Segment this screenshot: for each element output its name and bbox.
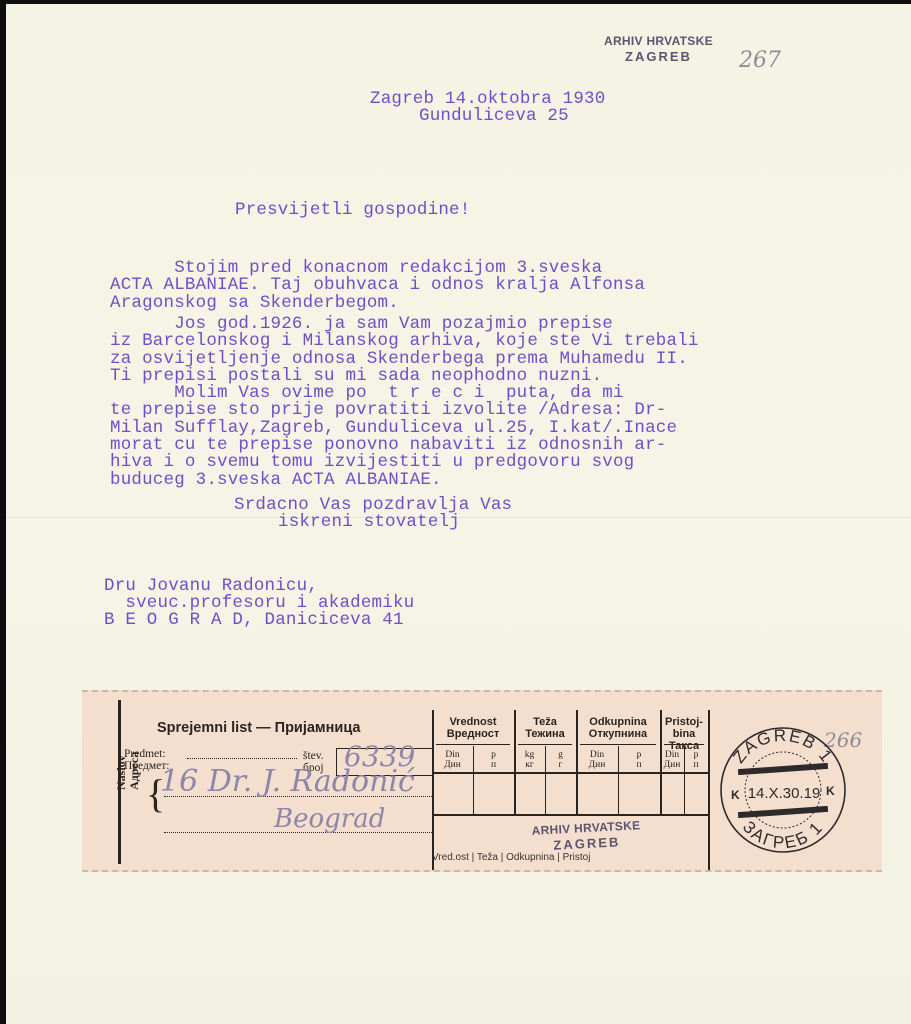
- unit-separator: [473, 746, 474, 814]
- column-header: VrednostВредност: [432, 716, 514, 740]
- letter-body-line: ACTA ALBANIAE. Taj obuhvaca i odnos kral…: [110, 276, 645, 294]
- cut-off-next-row: Vred.ost | Teža | Odkupnina | Pristoj: [432, 852, 732, 866]
- archive-stamp-line2: ZAGREB: [604, 49, 713, 65]
- letter-body-line: buduceg 3.sveska ACTA ALBANIAE.: [110, 471, 442, 489]
- column-subrule: [580, 744, 656, 745]
- archive-stamp-line1: ARHIV HRVATSKE: [604, 33, 713, 49]
- addressee-city: B E O G R A D, Daniciceva 41: [104, 611, 404, 629]
- column-unit: DinДин: [576, 750, 618, 770]
- letter-body-line: za osvijetljenje odnosa Skenderbega prem…: [110, 350, 688, 368]
- postmark-stamp: ZAGREB 1 ЗАГРЕБ 1 14.X.30.19 K K: [718, 725, 848, 855]
- column-subrule: [664, 744, 704, 745]
- column-unit: pп: [618, 750, 660, 770]
- column-unit: kgкг: [514, 750, 545, 770]
- predmet-field: [187, 758, 297, 759]
- letter-body-line: iz Barcelonskog i Milanskog arhiva, koje…: [110, 332, 699, 350]
- letter-body-line: hiva i o svemu tomu izvijestiti u predgo…: [110, 453, 634, 471]
- letter-body-line: Jos god.1926. ja sam Vam pozajmio prepis…: [110, 315, 613, 333]
- column-unit: DinДин: [660, 750, 684, 770]
- unit-separator: [684, 746, 685, 814]
- row-rule: [432, 814, 710, 816]
- svg-text:14.X.30.19: 14.X.30.19: [748, 785, 821, 802]
- column-unit: pп: [684, 750, 708, 770]
- svg-text:K: K: [731, 788, 740, 802]
- folio-number: 267: [739, 48, 781, 73]
- column-header: TežaТежина: [514, 716, 576, 740]
- column-subrule: [518, 744, 572, 745]
- naslov-cyrillic: Адреса: [128, 730, 141, 790]
- svg-text:K: K: [826, 784, 835, 798]
- column-subrule: [436, 744, 510, 745]
- archive-stamp-slip: ARHIV HRVATSKE ZAGREB: [531, 817, 641, 855]
- salutation: Presvijetli gospodine!: [235, 201, 470, 219]
- svg-text:ZAGREB 1: ZAGREB 1: [729, 726, 837, 767]
- archive-stamp-top: ARHIV HRVATSKE ZAGREB: [604, 33, 713, 65]
- letter-body-line: Milan Sufflay,Zagreb, Gunduliceva ul.25,…: [110, 419, 677, 437]
- letter-body-line: Stojim pred konacnom redakcijom 3.sveska: [110, 259, 602, 277]
- receipt-title: Sprejemni list — Пријамница: [157, 720, 360, 736]
- column-unit: gг: [545, 750, 576, 770]
- letter-body-line: Ti prepisi postali su mi sada neophodno …: [110, 367, 602, 385]
- unit-separator: [545, 746, 546, 814]
- address-handwritten-1: 16 Dr. J. Radonić: [160, 764, 415, 799]
- sender-street: Gunduliceva 25: [419, 107, 569, 125]
- letter-body-line: Molim Vas ovime po t r e c i puta, da mi: [110, 384, 624, 402]
- closing-signature-line: iskreni stovatelj: [278, 513, 460, 531]
- letter-body-line: Aragonskog sa Skenderbegom.: [110, 294, 399, 312]
- letter-body-line: morat cu te prepise ponovno nabaviti iz …: [110, 436, 667, 454]
- column-header: OdkupninaОткупнина: [576, 716, 660, 740]
- stev-label-latin: štev.: [303, 750, 324, 762]
- column-unit: pп: [473, 750, 514, 770]
- unit-separator: [618, 746, 619, 814]
- column-divider-right: [708, 710, 710, 870]
- svg-text:ЗАГРЕБ 1: ЗАГРЕБ 1: [739, 817, 827, 852]
- column-unit: DinДин: [432, 750, 473, 770]
- letter-body-line: te prepise sto prije povratiti izvolite …: [110, 401, 667, 419]
- address-handwritten-2: Beograd: [274, 804, 385, 834]
